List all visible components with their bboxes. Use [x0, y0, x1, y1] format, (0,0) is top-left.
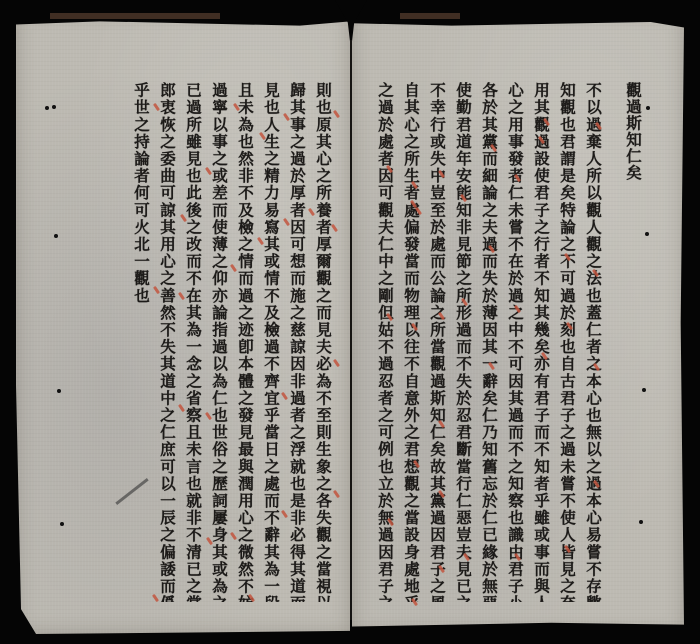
- right-page-title: 觀過斯知仁矣: [620, 82, 646, 202]
- binding-fold: [350, 40, 352, 620]
- text-column: 不以過棄人所以觀人觀之法也蓋仁者之本心也無以之過本心易嘗不存歟是不可不: [580, 82, 606, 602]
- paper-edge-damage: [50, 13, 220, 19]
- text-column: 各於其黨而細論之夫過而失於薄因其一辭矣仁乃知舊忘於仁已緣於無惡之識卽: [476, 82, 502, 602]
- right-page-text: 觀過斯知仁矣 不以過棄人所以觀人觀之法也蓋仁者之本心也無以之過本心易嘗不存歟是不…: [372, 82, 646, 602]
- paper-edge-damage: [400, 13, 460, 19]
- manuscript-photo: 觀過斯知仁矣 不以過棄人所以觀人觀之法也蓋仁者之本心也無以之過本心易嘗不存歟是不…: [0, 0, 700, 644]
- text-column: 郎衷恢之委曲可諒其用心之善然不失其道中之仁庶可以一辰之偏諉而僞蓋之: [154, 82, 180, 602]
- text-column: 使勤君道年安能知非見節之所形過而不失於忍君斷當行仁惡豈夫見已之功: [450, 82, 476, 602]
- binding-hole: [52, 105, 56, 109]
- text-column: 過寧以事之或差而使薄之仰亦論指過以為仁也世俗之歷詞屢身其或為之不清: [206, 82, 232, 602]
- text-column: 知觀也君謂是矣特論之不可過於刻也自古君子之過未嘗不使人皆見之奈人不吝: [554, 82, 580, 602]
- binding-hole: [60, 522, 64, 526]
- text-column: 歸其事之過於厚者因可想而施之慈諒因非過者之浮就也是非必得其道而後可: [284, 82, 310, 602]
- text-column: 則也原其心之所養者厚爾觀之而見夫必為不至則生象之各失觀之當視以察安: [310, 82, 336, 602]
- binding-hole: [54, 234, 58, 238]
- text-column: 乎世之持論者何可火北一觀也: [128, 82, 154, 602]
- text-column: 見也人生之精力易寫其或情不及檢過不齊宜乎當日之處而不辭其為一段之光明: [258, 82, 284, 602]
- text-column: 且未為也然非不及檢之情而過之迹卽本體之發見最與潤用心之微然不妨其仁中之: [232, 82, 258, 602]
- binding-hole: [57, 389, 61, 393]
- text-column: 用其觀過設使君子之行者不知其幾矣亦有君子而不知者乎雖或事而與人違而: [528, 82, 554, 602]
- left-page-text: 則也原其心之所養者厚爾觀之而見夫必為不至則生象之各失觀之當視以察安 歸其事之過於…: [128, 82, 336, 602]
- binding-hole: [45, 106, 49, 110]
- text-column: 已過所雖見也此後之改而不在其為一念之省察且未言也就非不清已之當而召過之君: [180, 82, 206, 602]
- text-column: 不幸行或失中豈至於處而公論之所當觀過斯知仁矣故其黨過因君子之風金也: [424, 82, 450, 602]
- text-column: 自其心之所生者處偏發當而物理以往不自意外之君想觀之當設身處地乎無事: [398, 82, 424, 602]
- text-column: 心之用事發者仁未嘗不在於過之中不可因其過而不之知察也識由君子小人之過: [502, 82, 528, 602]
- binding-hole: [646, 106, 650, 110]
